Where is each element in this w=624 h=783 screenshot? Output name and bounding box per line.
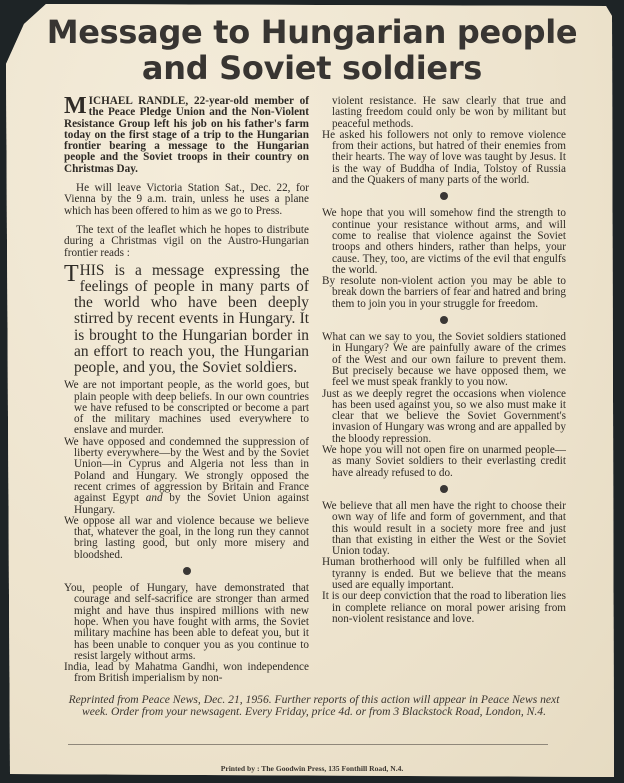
dropcap-t: T <box>64 263 79 285</box>
leaflet-lead-text: HIS is a message expressing the feelings… <box>74 262 309 376</box>
leaflet-paragraph: We oppose all war and violence because w… <box>64 516 309 561</box>
leaflet-paragraph: We hope you will not open fire on unarme… <box>322 445 566 479</box>
leaflet-paragraph: By resolute non-violent action you may b… <box>322 276 566 310</box>
emphasis-and: and <box>146 492 163 504</box>
section-bullet <box>440 192 448 200</box>
leaflet-paragraph: Just as we deeply regret the occasions w… <box>322 389 566 445</box>
headline: Message to Hungarian people and Soviet s… <box>0 14 624 86</box>
intro-paragraph: MICHAEL RANDLE, 22-year-old member of th… <box>64 96 309 175</box>
leaflet-paragraph: We believe that all men have the right t… <box>322 501 566 557</box>
headline-line-1: Message to Hungarian people <box>0 14 624 50</box>
leaflet-intro-paragraph: The text of the leaflet which he hopes t… <box>64 225 309 259</box>
section-bullet <box>183 567 191 575</box>
leaflet-paragraph: We are not important people, as the worl… <box>64 380 309 436</box>
leaflet-lead-paragraph: THIS is a message expressing the feeling… <box>64 263 309 376</box>
reprint-note: Reprinted from Peace News, Dec. 21, 1956… <box>64 694 564 718</box>
leaflet-paragraph: What can we say to you, the Soviet soldi… <box>322 332 566 388</box>
section-bullet <box>440 316 448 324</box>
divider-rule <box>68 744 548 745</box>
leaflet-paragraph: violent resistance. He saw clearly that … <box>322 96 566 130</box>
leaflet-paragraph: India, lead by Mahatma Gandhi, won indep… <box>64 662 309 685</box>
printer-credit: Printed by : The Goodwin Press, 135 Font… <box>0 764 624 773</box>
leaflet-paragraph: Human brotherhood will only be fulfilled… <box>322 557 566 591</box>
left-column: MICHAEL RANDLE, 22-year-old member of th… <box>64 96 309 685</box>
section-bullet <box>440 485 448 493</box>
headline-line-2: and Soviet soldiers <box>0 50 624 86</box>
right-column: violent resistance. He saw clearly that … <box>322 96 566 625</box>
intro-text: ICHAEL RANDLE, 22-year-old member of the… <box>64 95 309 175</box>
dropcap-m: M <box>64 96 87 116</box>
leaflet-paragraph: We have opposed and condemned the suppre… <box>64 437 309 516</box>
leaflet-paragraph: You, people of Hungary, have demonstrate… <box>64 583 309 662</box>
leaflet-paragraph: He asked his followers not only to remov… <box>322 130 566 186</box>
departure-paragraph: He will leave Victoria Station Sat., Dec… <box>64 183 309 217</box>
leaflet-paragraph: We hope that you will somehow find the s… <box>322 208 566 276</box>
leaflet-paragraph: It is our deep conviction that the road … <box>322 591 566 625</box>
